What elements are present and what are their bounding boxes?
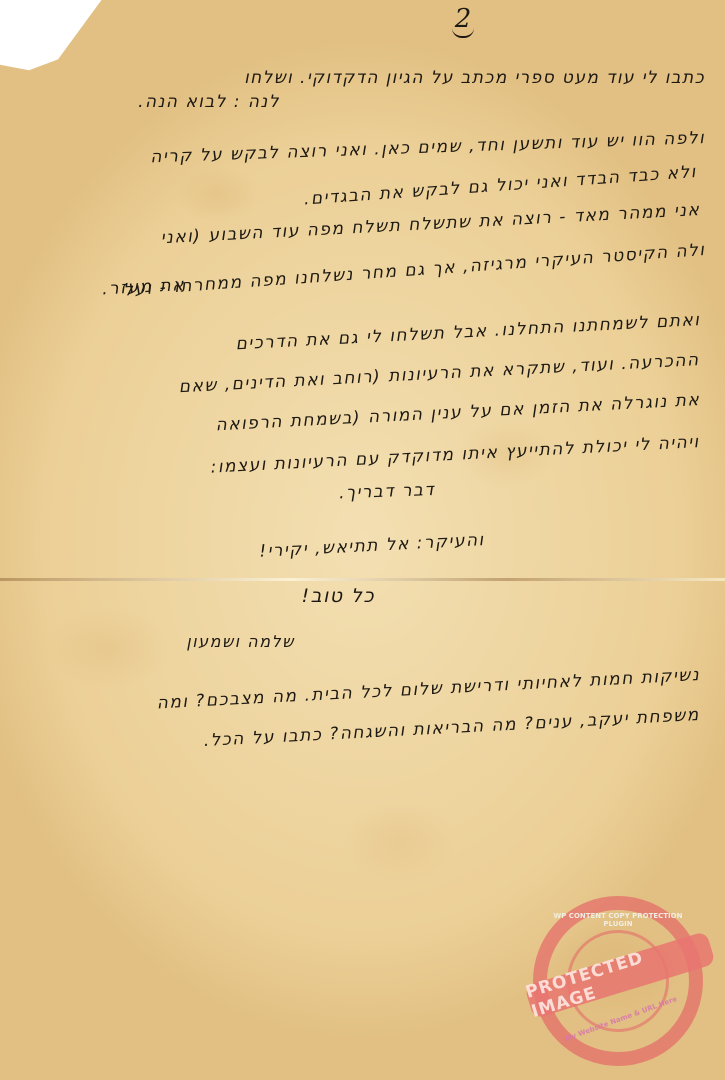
protected-image-watermark: WP CONTENT COPY PROTECTION PLUGIN PROTEC… xyxy=(533,896,703,1066)
letter-line-2: לנה : לבוא הנה. xyxy=(138,92,280,112)
fold-crease xyxy=(0,578,725,581)
letter-line-12: דבר דבריך. xyxy=(339,480,436,503)
letter-signature: שלמה ושמעון xyxy=(186,632,295,651)
letter-closing: כל טוב! xyxy=(302,585,375,607)
page-number: 2 xyxy=(448,4,478,34)
letter-line-1: כתבו לי עוד מעט ספרי מכתב על הגיון הדקדו… xyxy=(244,68,705,88)
watermark-ring-text: WP CONTENT COPY PROTECTION PLUGIN xyxy=(547,912,689,928)
